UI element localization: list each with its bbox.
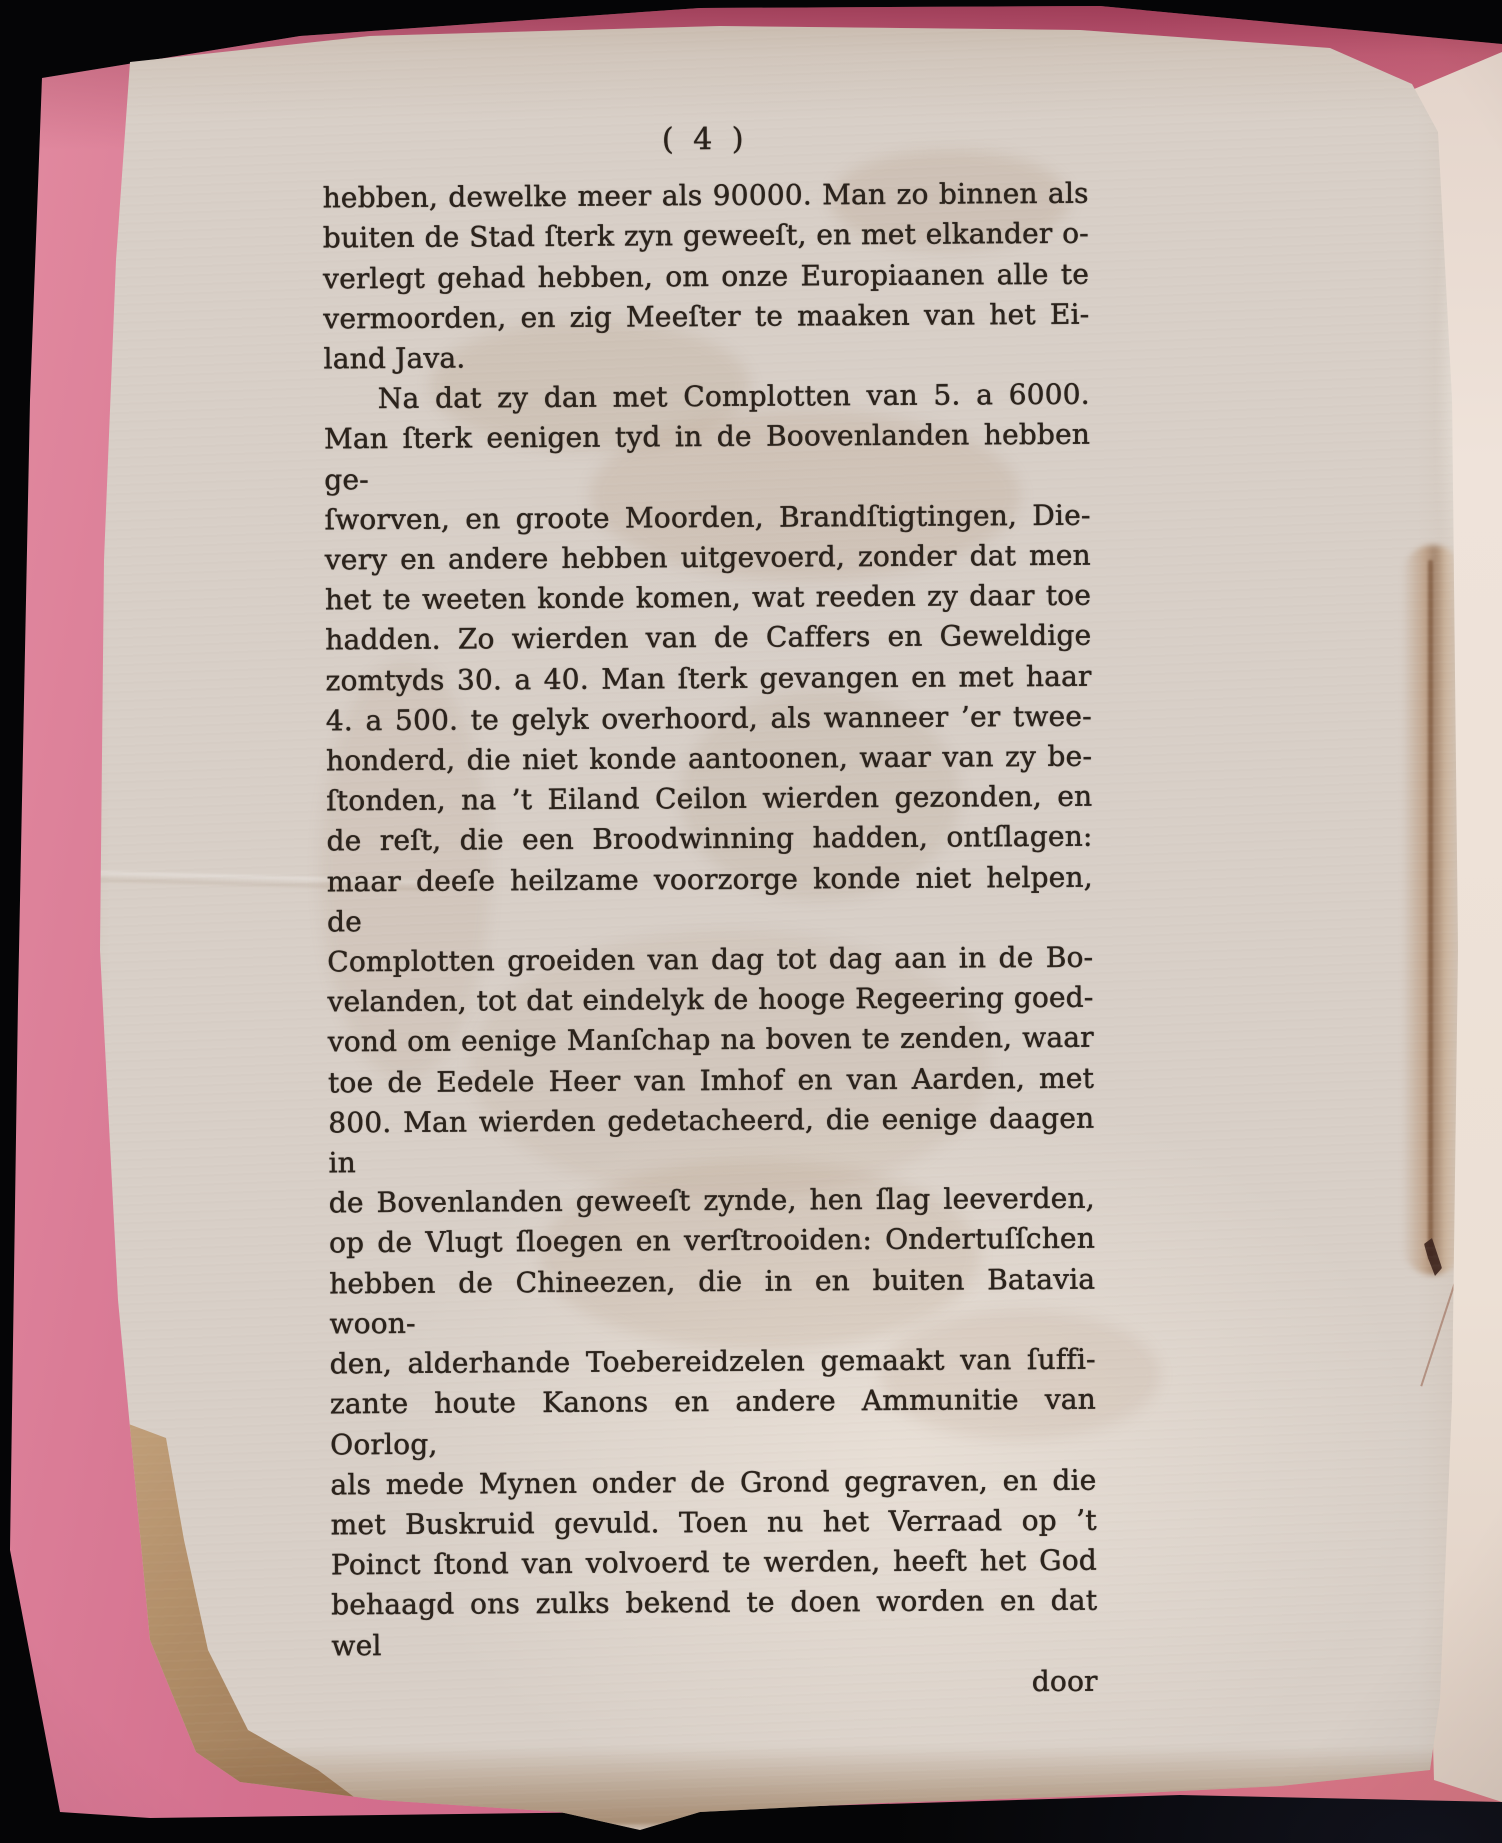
text-line: velanden, tot dat eindelyk de hooge Rege… [327,978,1093,1023]
text-line: zomtyds 30. a 40. Man ſterk gevangen en … [325,656,1091,701]
text-line: toe de Eedele Heer van Imhof en van Aard… [328,1058,1094,1103]
book-page: ( 4 ) hebben, dewelke meer als 90000. Ma… [0,0,1502,1843]
text-line: Poinct ſtond van volvoerd te werden, hee… [331,1541,1097,1586]
photo-of-book-page: ( 4 ) hebben, dewelke meer als 90000. Ma… [0,0,1502,1843]
text-line: hebben, dewelke meer als 90000. Man zo b… [323,174,1089,219]
text-line: verlegt gehad hebben, om onze Europiaane… [323,254,1089,299]
text-line: 800. Man wierden gedetacheerd, die eenig… [328,1099,1094,1184]
text-line: behaagd ons zulks bekend te doen worden … [331,1581,1097,1666]
text-line: Man ſterk eenigen tyd in de Boovenlanden… [324,415,1090,500]
text-line: vond om eenige Manſchap na boven te zend… [328,1018,1094,1063]
text-line: Complotten groeiden van dag tot dag aan … [327,938,1093,983]
text-line: vermoorden, en zig Meeſter te maaken van… [323,294,1089,339]
text-line: de Bovenlanden geweeſt zynde, hen ſlag l… [329,1179,1095,1224]
text-line: land Java. [323,335,1089,380]
text-line: ſworven, en groote Moorden, Brandſtigtin… [324,495,1090,540]
text-line: honderd, die niet konde aantoonen, waar … [326,737,1092,782]
text-line: hebben de Chineezen, die in en buiten Ba… [329,1259,1095,1344]
text-line: very en andere hebben uitgevoerd, zonder… [325,536,1091,581]
catchword: door [332,1661,1098,1706]
text-line: den, alderhande Toebereidzelen gemaakt v… [330,1340,1096,1385]
text-line: hadden. Zo wierden van de Caffers en Gew… [325,616,1091,661]
text-line: het te weeten konde komen, wat reeden zy… [325,576,1091,621]
text-line: Na dat zy dan met Complotten van 5. a 60… [324,375,1090,420]
text-line: 4. a 500. te gelyk overhoord, als wannee… [326,697,1092,742]
text-line: op de Vlugt ſloegen en verſtrooiden: Ond… [329,1219,1095,1264]
printed-text-block: ( 4 ) hebben, dewelke meer als 90000. Ma… [322,118,1098,1707]
text-line: zante houte Kanons en andere Ammunitie v… [330,1380,1096,1465]
page-number: ( 4 ) [322,118,1088,163]
text-line: met Buskruid gevuld. Toen nu het Verraad… [331,1501,1097,1546]
text-line: buiten de Stad ſterk zyn geweeſt, en met… [323,214,1089,259]
text-line: als mede Mynen onder de Grond gegraven, … [330,1460,1096,1505]
text-line: maar deeſe heilzame voorzorge konde niet… [327,857,1093,942]
text-line: ſtonden, na ’t Eiland Ceilon wierden gez… [326,777,1092,822]
text-line: de reſt, die een Broodwinning hadden, on… [326,817,1092,862]
